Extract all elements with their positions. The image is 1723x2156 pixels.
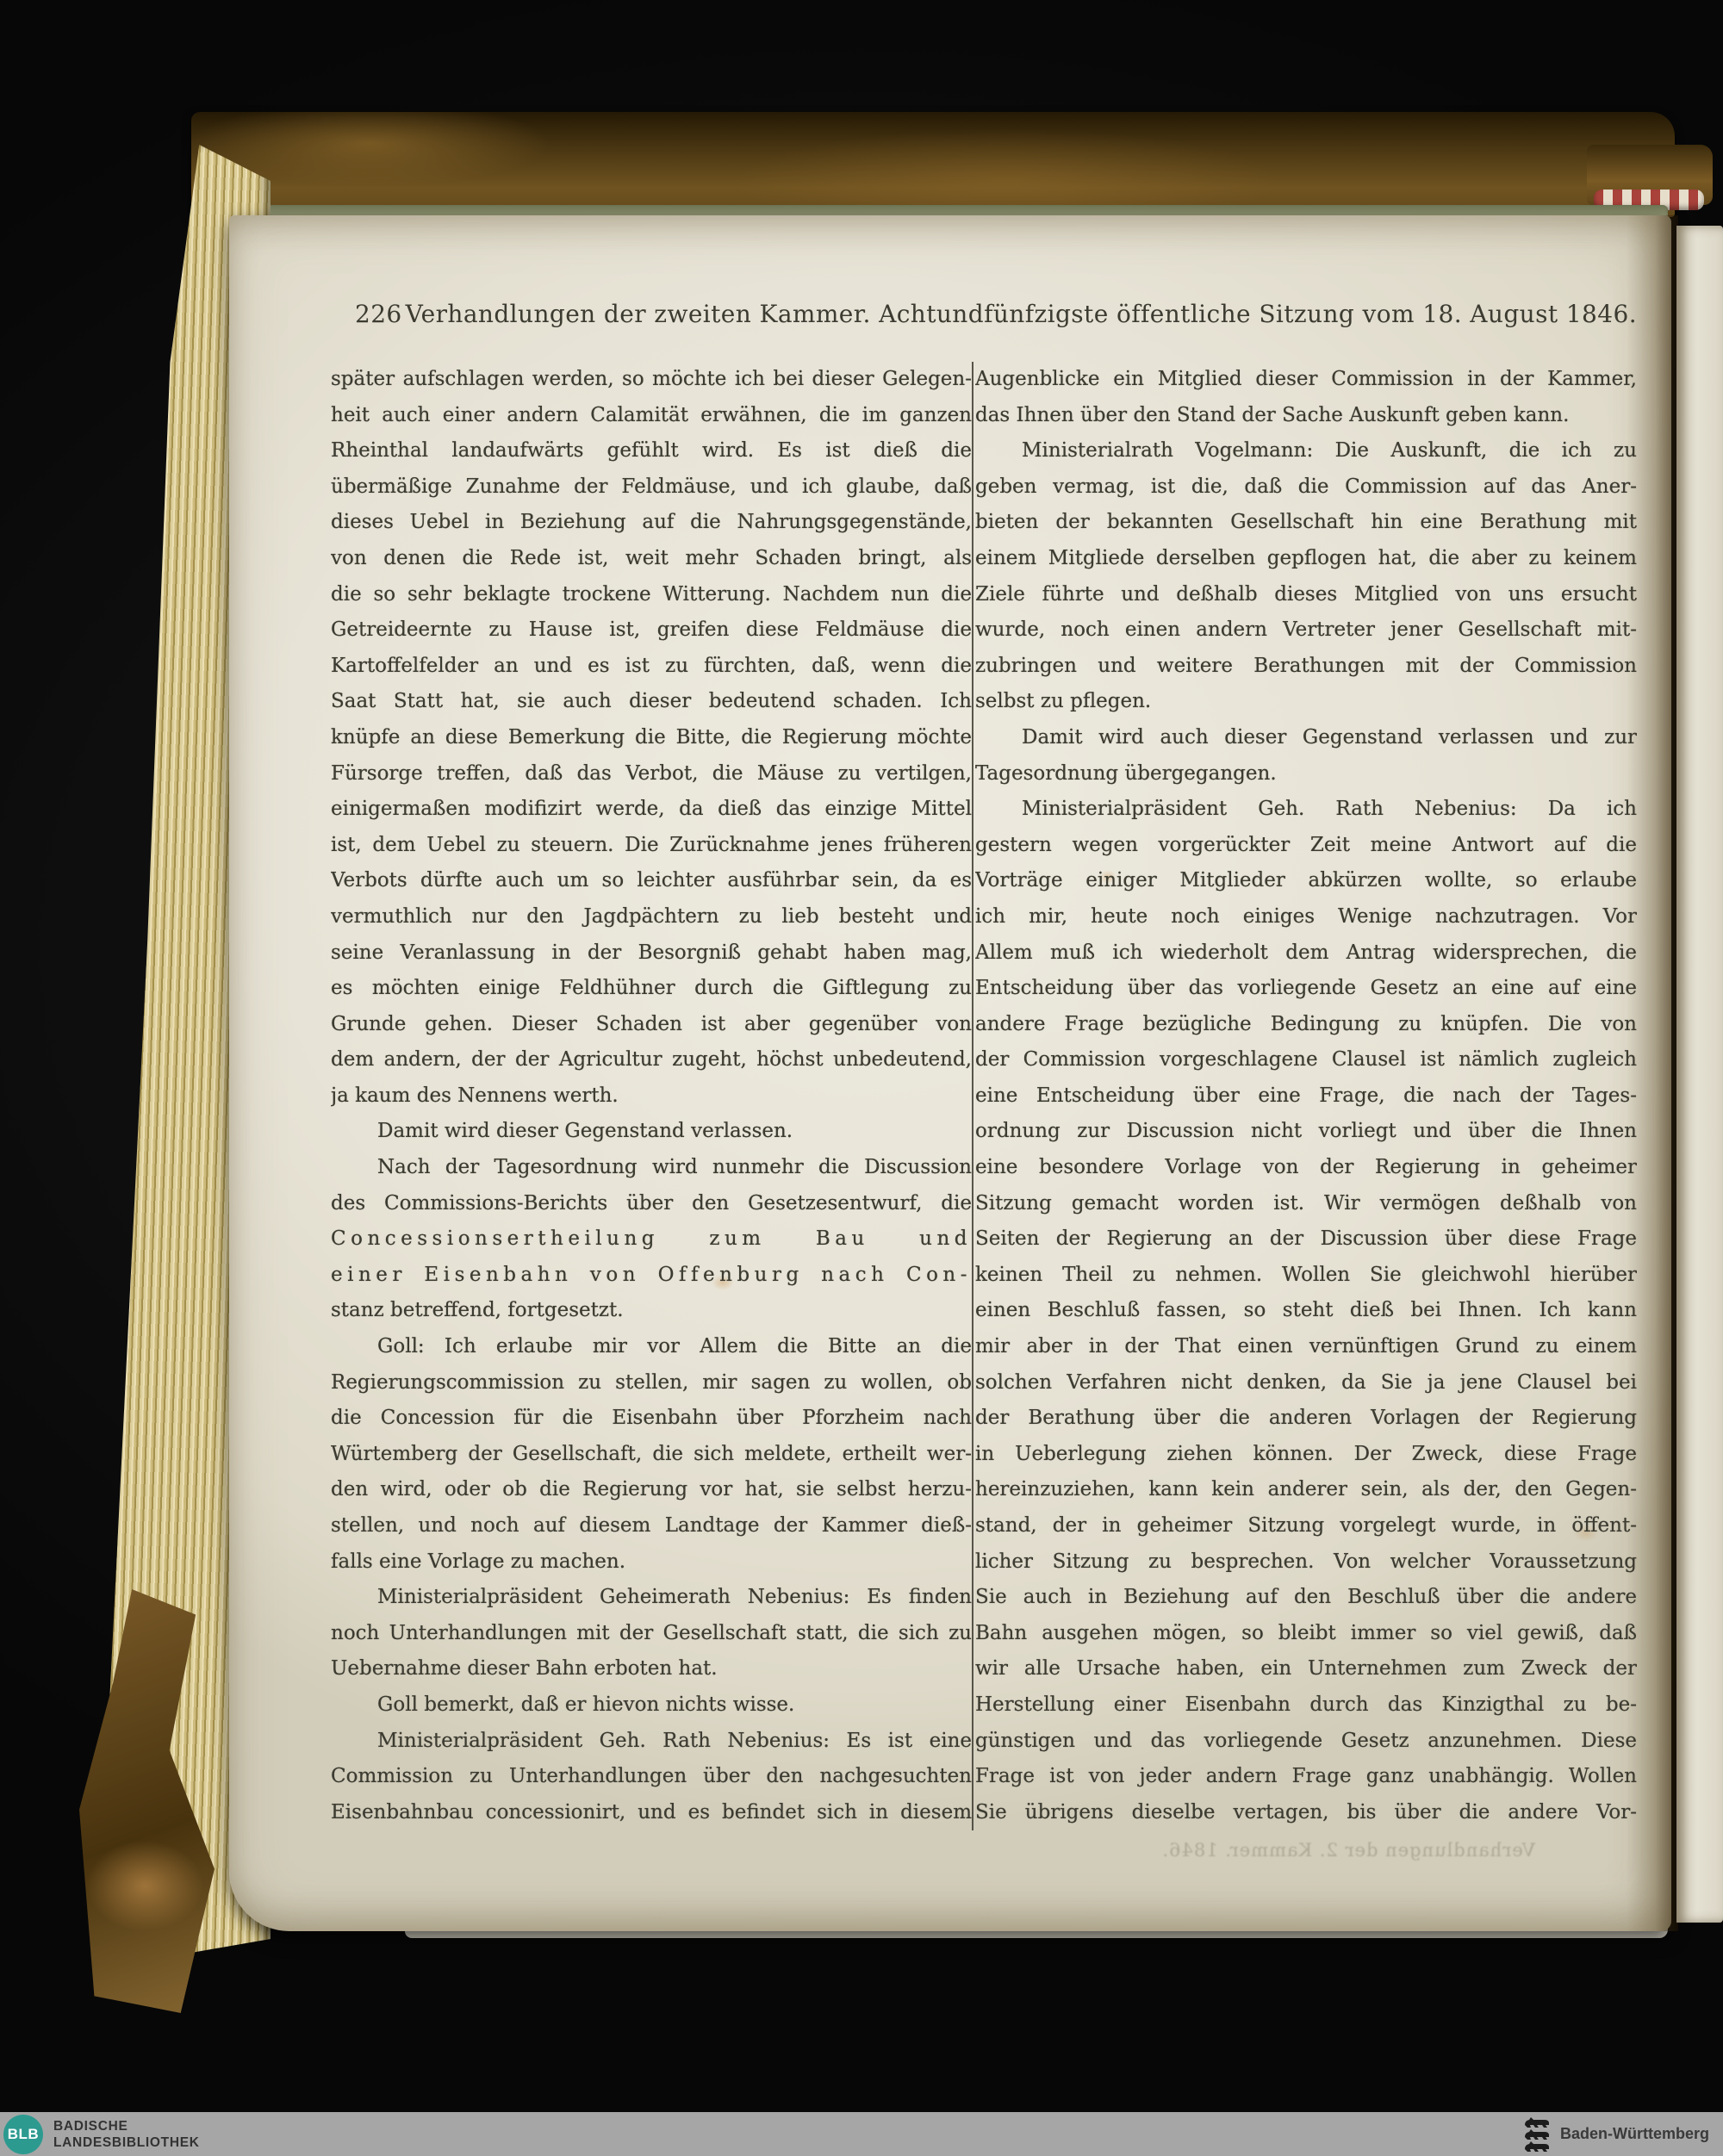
text-line: gestern wegen vorgerückter Zeit meine An… (975, 828, 1637, 864)
text-line: bieten der bekannten Gesellschaft hin ei… (975, 505, 1637, 541)
text-line: selbst zu pflegen. (975, 684, 1637, 720)
text-line: einigermaßen modifizirt werde, da dieß d… (331, 792, 972, 828)
text-line: Frage ist von jeder andern Frage ganz un… (975, 1759, 1637, 1795)
library-name-line2: LANDESBIBLIOTHEK (53, 2134, 200, 2151)
text-line: Entscheidung über das vorliegende Gesetz… (975, 971, 1637, 1007)
page-title: Verhandlungen der zweiten Kammer. Achtun… (406, 300, 1637, 328)
text-line: Verbots dürfte auch um so leichter ausfü… (331, 863, 972, 899)
text-line: mir aber in der That einen vernünftigen … (975, 1329, 1637, 1365)
text-line: später aufschlagen werden, so möchte ich… (331, 362, 972, 398)
text-line: stanz betreffend, fortgesetzt. (331, 1293, 972, 1329)
text-line: solchen Verfahren nicht denken, da Sie j… (975, 1365, 1637, 1401)
text-line: ich mir, heute noch einiges Wenige nachz… (975, 899, 1637, 935)
text-line: zubringen und weitere Berathungen mit de… (975, 649, 1637, 685)
text-line: Damit wird auch dieser Gegenstand verlas… (975, 720, 1637, 756)
text-line: Ministerialpräsident Geh. Rath Nebenius:… (331, 1724, 972, 1760)
left-column: später aufschlagen werden, so möchte ich… (331, 362, 972, 1830)
text-columns: später aufschlagen werden, so möchte ich… (331, 362, 1637, 1830)
text-line: Seiten der Regierung an der Discussion ü… (975, 1221, 1637, 1258)
text-line: keinen Theil zu nehmen. Wollen Sie gleic… (975, 1258, 1637, 1294)
text-line: Sitzung gemacht worden ist. Wir vermögen… (975, 1186, 1637, 1222)
text-line: Grunde gehen. Dieser Schaden ist aber ge… (331, 1007, 972, 1043)
text-line: Sie übrigens dieselbe vertagen, bis über… (975, 1795, 1637, 1831)
text-line: die so sehr beklagte trockene Witterung.… (331, 577, 972, 613)
library-name-line1: BADISCHE (53, 2118, 200, 2134)
text-line: Allem muß ich wiederholt dem Antrag wide… (975, 935, 1637, 972)
text-line: stand, der in geheimer Sitzung vorgelegt… (975, 1508, 1637, 1544)
page-number: 226 (331, 300, 406, 328)
right-column: Augenblicke ein Mitglied dieser Commissi… (972, 362, 1637, 1830)
text-line: Goll bemerkt, daß er hievon nichts wisse… (331, 1687, 972, 1724)
text-line: Goll: Ich erlaube mir vor Allem die Bitt… (331, 1329, 972, 1365)
state-logo-group: Baden-Württemberg (1522, 2116, 1709, 2153)
text-line: Vorträge einiger Mitglieder abkürzen wol… (975, 863, 1637, 899)
baden-wuerttemberg-coat-of-arms-icon (1522, 2116, 1552, 2153)
text-line: falls eine Vorlage zu machen. (331, 1544, 972, 1581)
printed-area: 226 Verhandlungen der zweiten Kammer. Ac… (331, 300, 1637, 1830)
text-line: Bahn ausgehen mögen, so bleibt immer so … (975, 1616, 1637, 1652)
text-line: Uebernahme dieser Bahn erboten hat. (331, 1651, 972, 1687)
text-line: Concessionsertheilung zum Bau und Betrie… (331, 1221, 972, 1258)
text-line: Regierungscommission zu stellen, mir sag… (331, 1365, 972, 1401)
text-line: Eisenbahnbau concessionirt, und es befin… (331, 1795, 972, 1831)
text-line: geben vermag, ist die, daß die Commissio… (975, 469, 1637, 506)
text-line: eine Entscheidung über eine Frage, die n… (975, 1078, 1637, 1115)
text-line: stellen, und noch auf diesem Landtage de… (331, 1508, 972, 1544)
paragraph: später aufschlagen werden, so möchte ich… (331, 362, 972, 1114)
paragraph: Ministerialpräsident Geh. Rath Nebenius:… (331, 1724, 972, 1831)
text-line: Kartoffelfelder an und es ist zu fürchte… (331, 649, 972, 685)
text-line: dem andern, der der Agricultur zugeht, h… (331, 1042, 972, 1078)
text-line: einer Eisenbahn von Offenburg nach Con- (331, 1258, 972, 1294)
text-line: Augenblicke ein Mitglied dieser Commissi… (975, 362, 1637, 398)
facing-page-sliver (1676, 226, 1723, 1923)
text-line: Nach der Tagesordnung wird nunmehr die D… (331, 1150, 972, 1186)
text-line: Tagesordnung übergegangen. (975, 756, 1637, 792)
paragraph: Goll bemerkt, daß er hievon nichts wisse… (331, 1687, 972, 1724)
paragraph: Damit wird auch dieser Gegenstand verlas… (975, 720, 1637, 792)
text-line: übermäßige Zunahme der Feldmäuse, und ic… (331, 469, 972, 506)
text-line: Sie auch in Beziehung auf den Beschluß ü… (975, 1580, 1637, 1616)
text-line: Ziele führte und deßhalb dieses Mitglied… (975, 577, 1637, 613)
text-line: es möchten einige Feldhühner durch die G… (331, 971, 972, 1007)
text-line: von denen die Rede ist, weit mehr Schade… (331, 541, 972, 577)
text-line: dieses Uebel in Beziehung auf die Nahrun… (331, 505, 972, 541)
text-line: Fürsorge treffen, daß das Verbot, die Mä… (331, 756, 972, 792)
library-logo-group: BLB BADISCHE LANDESBIBLIOTHEK (0, 2115, 200, 2154)
text-line: günstigen und das vorliegende Gesetz anz… (975, 1724, 1637, 1760)
text-line: Rheinthal landaufwärts gefühlt wird. Es … (331, 433, 972, 469)
text-line: Ministerialrath Vogelmann: Die Auskunft,… (975, 433, 1637, 469)
text-line: Damit wird dieser Gegenstand verlassen. (331, 1114, 972, 1150)
text-line: vermuthlich nur den Jagdpächtern zu lieb… (331, 899, 972, 935)
paragraph: Goll: Ich erlaube mir vor Allem die Bitt… (331, 1329, 972, 1580)
text-line: der Berathung über die anderen Vorlagen … (975, 1401, 1637, 1437)
text-line: knüpfe an diese Bemerkung die Bitte, die… (331, 720, 972, 756)
text-line: heit auch einer andern Calamität erwähne… (331, 398, 972, 434)
text-line: Saat Statt hat, sie auch dieser bedeuten… (331, 684, 972, 720)
text-line: eine besondere Vorlage von der Regierung… (975, 1150, 1637, 1186)
text-line: des Commissions-Berichts über den Gesetz… (331, 1186, 972, 1222)
text-line: in Ueberlegung ziehen können. Der Zweck,… (975, 1437, 1637, 1473)
text-line: Commission zu Unterhandlungen über den n… (331, 1759, 972, 1795)
text-line: seine Veranlassung in der Besorgniß geha… (331, 935, 972, 972)
text-line: das Ihnen über den Stand der Sache Ausku… (975, 398, 1637, 434)
text-line: den wird, oder ob die Regierung vor hat,… (331, 1472, 972, 1508)
text-line: ist, dem Uebel zu steuern. Die Zurücknah… (331, 828, 972, 864)
text-line: andere Frage bezügliche Bedingung zu knü… (975, 1007, 1637, 1043)
text-line: Ministerialpräsident Geh. Rath Nebenius:… (975, 792, 1637, 828)
text-line: Würtemberg der Gesellschaft, die sich me… (331, 1437, 972, 1473)
paragraph: Augenblicke ein Mitglied dieser Commissi… (975, 362, 1637, 433)
text-line: ordnung zur Discussion nicht vorliegt un… (975, 1114, 1637, 1150)
paragraph: Damit wird dieser Gegenstand verlassen. (331, 1114, 972, 1150)
running-head: 226 Verhandlungen der zweiten Kammer. Ac… (331, 300, 1637, 339)
text-line: wurde, noch einen andern Vertreter jener… (975, 612, 1637, 649)
text-line: hereinzuziehen, kann kein anderer sein, … (975, 1472, 1637, 1508)
paragraph: Nach der Tagesordnung wird nunmehr die D… (331, 1150, 972, 1329)
text-line: Herstellung einer Eisenbahn durch das Ki… (975, 1687, 1637, 1724)
blb-logo-icon: BLB (3, 2115, 43, 2154)
scanned-page: 226 Verhandlungen der zweiten Kammer. Ac… (229, 215, 1671, 1931)
text-line: die Concession für die Eisenbahn über Pf… (331, 1401, 972, 1437)
text-line: licher Sitzung zu besprechen. Von welche… (975, 1544, 1637, 1581)
text-line: ja kaum des Nennens werth. (331, 1078, 972, 1115)
text-line: der Commission vorgeschlagene Clausel is… (975, 1042, 1637, 1078)
scan-viewer-canvas: 226 Verhandlungen der zweiten Kammer. Ac… (0, 0, 1723, 2156)
paragraph: Ministerialrath Vogelmann: Die Auskunft,… (975, 433, 1637, 720)
text-line: Getreideernte zu Hause ist, greifen dies… (331, 612, 972, 649)
text-line: noch Unterhandlungen mit der Gesellschaf… (331, 1616, 972, 1652)
book-cover-top-edge (191, 112, 1675, 217)
paragraph: Ministerialpräsident Geheimerath Nebeniu… (331, 1580, 972, 1687)
text-line: einem Mitgliede derselben gepflogen hat,… (975, 541, 1637, 577)
text-line: wir alle Ursache haben, ein Unternehmen … (975, 1651, 1637, 1687)
library-name: BADISCHE LANDESBIBLIOTHEK (53, 2118, 200, 2151)
paragraph: Ministerialpräsident Geh. Rath Nebenius:… (975, 792, 1637, 1830)
ink-bleedthrough-text: Verhandlungen der 2. Kammer. 1846. (984, 1840, 1535, 1861)
text-line: Ministerialpräsident Geheimerath Nebeniu… (331, 1580, 972, 1616)
text-line: einen Beschluß fassen, so steht dieß bei… (975, 1293, 1637, 1329)
library-footer-bar: BLB BADISCHE LANDESBIBLIOTHEK Baden-Würt… (0, 2112, 1723, 2156)
state-name: Baden-Württemberg (1560, 2125, 1709, 2143)
